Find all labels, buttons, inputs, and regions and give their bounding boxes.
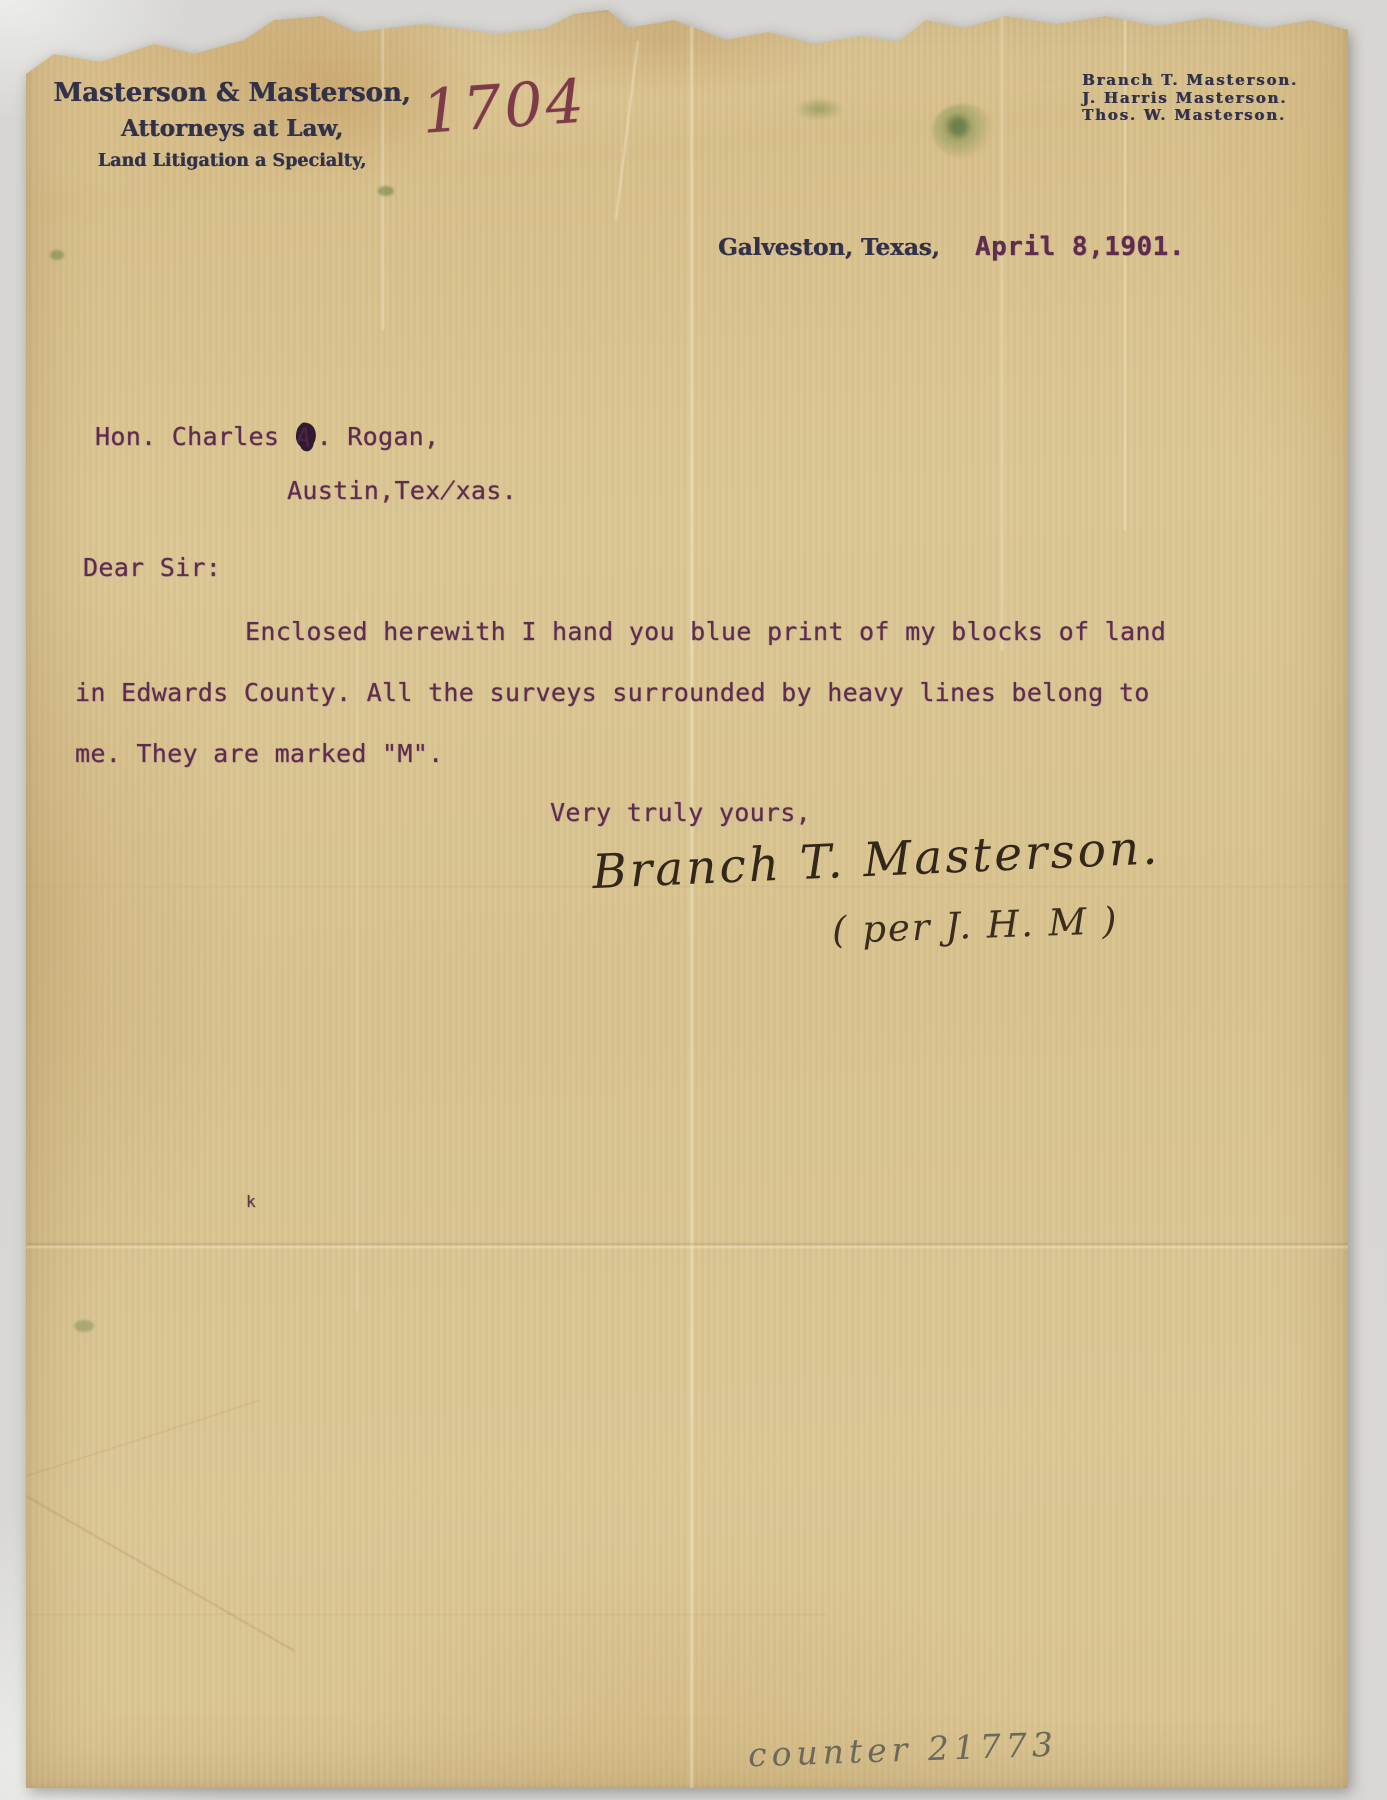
overstruck-initial: A bbox=[294, 421, 318, 449]
firm-specialty: Land Litigation a Specialty, bbox=[52, 150, 412, 172]
stain-overlay bbox=[26, 10, 1348, 1788]
fold-line bbox=[26, 1243, 1348, 1245]
partner-names: Branch T. Masterson. J. Harris Masterson… bbox=[1082, 72, 1298, 125]
catalog-number-handwritten: 1704 bbox=[420, 66, 589, 147]
crease-line bbox=[17, 1490, 295, 1652]
recipient-prefix: Hon. Charles bbox=[95, 422, 295, 451]
partner-name: J. Harris Masterson. bbox=[1082, 90, 1298, 108]
counter-note-pencil: counter 21773 bbox=[747, 1725, 1058, 1775]
recipient-line: Hon. Charles A. Rogan, bbox=[95, 422, 439, 451]
green-smudge bbox=[50, 250, 64, 260]
recipient-suffix: . Rogan, bbox=[317, 422, 440, 451]
firm-tagline: Attorneys at Law, bbox=[52, 114, 412, 144]
crease-line bbox=[615, 41, 639, 220]
firm-name: Masterson & Masterson, bbox=[52, 76, 412, 110]
fold-line bbox=[26, 1614, 826, 1615]
green-smudge bbox=[796, 98, 842, 120]
dateline-date: April 8,1901. bbox=[975, 232, 1185, 262]
signature-per-note: ( per J. H. M ) bbox=[831, 899, 1119, 952]
recipient-city-line: Austin,Tex̸xas. bbox=[287, 476, 517, 505]
body-line: Enclosed herewith I hand you blue print … bbox=[245, 617, 1166, 646]
crease-line bbox=[12, 1400, 260, 1481]
letterhead: Masterson & Masterson, Attorneys at Law,… bbox=[52, 76, 412, 172]
crease-line bbox=[356, 610, 358, 1310]
partner-name: Thos. W. Masterson. bbox=[1082, 107, 1298, 125]
body-line: me. They are marked "M". bbox=[75, 739, 443, 768]
green-smudge bbox=[932, 104, 994, 158]
letter-page: Masterson & Masterson, Attorneys at Law,… bbox=[26, 10, 1348, 1788]
fold-line bbox=[26, 1246, 1348, 1248]
crease-line bbox=[1001, 10, 1003, 650]
salutation: Dear Sir: bbox=[83, 553, 221, 582]
dateline-place: Galveston, Texas, bbox=[718, 234, 940, 261]
crease-line bbox=[690, 10, 693, 1788]
body-line: in Edwards County. All the surveys surro… bbox=[75, 678, 1150, 707]
partner-name: Branch T. Masterson. bbox=[1082, 72, 1298, 90]
closing: Very truly yours, bbox=[550, 798, 811, 827]
green-smudge bbox=[74, 1320, 94, 1332]
stray-mark: k bbox=[246, 1192, 256, 1211]
signature-handwritten: Branch T. Masterson. bbox=[591, 819, 1193, 900]
green-smudge bbox=[378, 186, 394, 196]
scanned-letter: Masterson & Masterson, Attorneys at Law,… bbox=[26, 10, 1348, 1788]
